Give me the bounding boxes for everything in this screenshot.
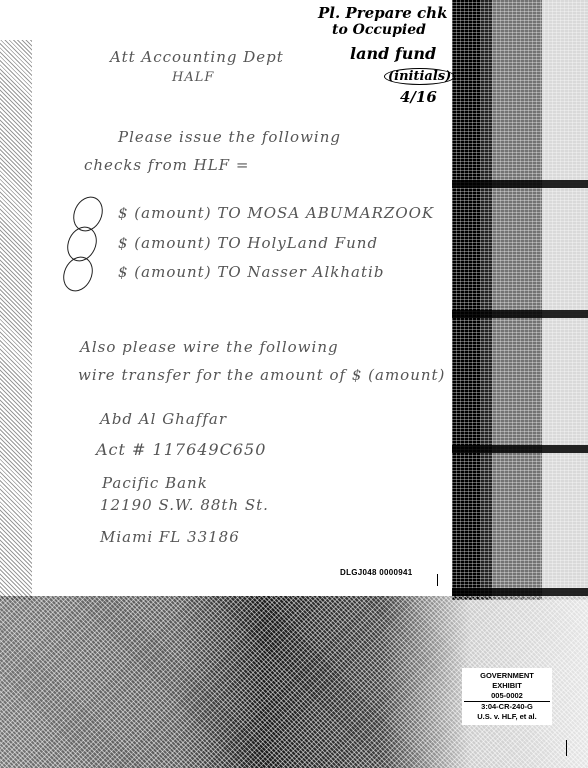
intro-line: Please issue the following	[118, 128, 341, 146]
scan-band	[452, 310, 588, 318]
exhibit-subtitle: EXHIBIT	[464, 681, 550, 691]
beneficiary-city: Miami FL 33186	[100, 528, 240, 546]
exhibit-caption: U.S. v. HLF, et al.	[464, 712, 550, 722]
note-header-sub: HALF	[172, 70, 214, 85]
check-item: $ (amount) TO MOSA ABUMARZOOK	[118, 204, 434, 222]
margin-annotation-line: land fund	[350, 44, 436, 63]
margin-annotation-line: to Occupied	[332, 22, 426, 38]
scan-mark	[566, 740, 567, 756]
margin-annotation-line: Pl. Prepare chk	[318, 4, 447, 22]
beneficiary-account: Act # 117649C650	[96, 440, 266, 459]
check-item: $ (amount) TO Nasser Alkhatib	[118, 263, 384, 281]
intro-line: checks from HLF =	[84, 156, 249, 174]
annotation-date: 4/16	[400, 88, 437, 106]
scan-shadow-right	[452, 0, 588, 600]
scan-band	[452, 588, 588, 596]
initials-mark: (initials)	[384, 68, 455, 85]
beneficiary-name: Abd Al Ghaffar	[100, 410, 227, 428]
check-item: $ (amount) TO HolyLand Fund	[118, 234, 378, 252]
exhibit-title: GOVERNMENT	[464, 671, 550, 681]
scan-mark	[437, 574, 438, 586]
wire-line: Also please wire the following	[80, 338, 339, 356]
exhibit-case: 3:04-CR-240-G	[464, 702, 550, 712]
scan-band	[452, 445, 588, 453]
government-exhibit-sticker: GOVERNMENT EXHIBIT 005-0002 3:04-CR-240-…	[462, 668, 552, 725]
note-header: Att Accounting Dept	[110, 48, 284, 66]
scan-shadow-left	[0, 40, 32, 600]
beneficiary-address: 12190 S.W. 88th St.	[100, 496, 269, 514]
wire-line: wire transfer for the amount of $ (amoun…	[78, 366, 445, 384]
bates-number: DLGJ048 0000941	[340, 568, 413, 577]
exhibit-number: 005-0002	[464, 691, 550, 702]
scan-band	[452, 180, 588, 188]
beneficiary-bank: Pacific Bank	[102, 474, 208, 492]
